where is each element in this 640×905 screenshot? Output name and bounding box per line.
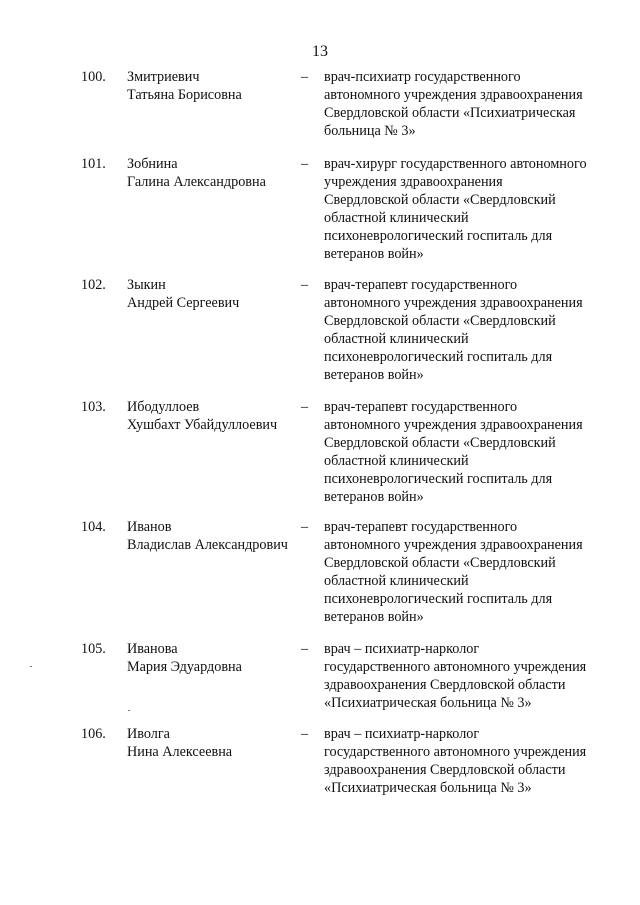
person-name-line: Татьяна Борисовна [127, 86, 242, 104]
position-description-line: областной клинический [324, 572, 583, 590]
entry-number: 100. [81, 68, 106, 86]
position-description-line: психоневрологический госпиталь для [324, 590, 583, 608]
position-description-line: «Психиатрическая больница № 3» [324, 779, 586, 797]
position-description-line: врач – психиатр-нарколог [324, 640, 586, 658]
entry-number: 102. [81, 276, 106, 294]
position-description-line: больница № 3» [324, 122, 583, 140]
position-description: врач-терапевт государственногоавтономног… [324, 398, 583, 506]
person-name: ИвановВладислав Александрович [127, 518, 288, 554]
position-description-line: Свердловской области «Свердловский [324, 312, 583, 330]
person-name: ИволгаНина Алексеевна [127, 725, 232, 761]
position-description-line: Свердловской области «Свердловский [324, 554, 583, 572]
position-description-line: врач-терапевт государственного [324, 518, 583, 536]
entry-number: 104. [81, 518, 106, 536]
position-description-line: врач – психиатр-нарколог [324, 725, 586, 743]
scan-speck [128, 710, 130, 711]
position-description-line: «Психиатрическая больница № 3» [324, 694, 586, 712]
position-description-line: Свердловской области «Психиатрическая [324, 104, 583, 122]
entry-number: 101. [81, 155, 106, 173]
position-description-line: учреждения здравоохранения [324, 173, 587, 191]
position-description-line: областной клинический [324, 209, 587, 227]
person-name-line: Змитриевич [127, 68, 242, 86]
separator-dash: – [301, 518, 308, 536]
person-name-line: Иванова [127, 640, 242, 658]
person-name: ЗмитриевичТатьяна Борисовна [127, 68, 242, 104]
person-name-line: Владислав Александрович [127, 536, 288, 554]
person-name: ЗыкинАндрей Сергеевич [127, 276, 239, 312]
position-description-line: психоневрологический госпиталь для [324, 227, 587, 245]
position-description-line: ветеранов войн» [324, 608, 583, 626]
position-description-line: врач-хирург государственного автономного [324, 155, 587, 173]
position-description-line: здравоохранения Свердловской области [324, 676, 586, 694]
position-description-line: ветеранов войн» [324, 245, 587, 263]
position-description-line: здравоохранения Свердловской области [324, 761, 586, 779]
position-description-line: врач-терапевт государственного [324, 276, 583, 294]
position-description-line: областной клинический [324, 452, 583, 470]
person-name-line: Андрей Сергеевич [127, 294, 239, 312]
person-name-line: Иванов [127, 518, 288, 536]
person-name: ЗобнинаГалина Александровна [127, 155, 266, 191]
page-number: 13 [0, 43, 640, 61]
entry-number: 103. [81, 398, 106, 416]
separator-dash: – [301, 725, 308, 743]
person-name-line: Хушбахт Убайдуллоевич [127, 416, 277, 434]
position-description-line: автономного учреждения здравоохранения [324, 86, 583, 104]
position-description: врач-хирург государственного автономного… [324, 155, 587, 263]
scan-speck [30, 666, 32, 667]
position-description-line: врач-терапевт государственного [324, 398, 583, 416]
position-description: врач-психиатр государственногоавтономног… [324, 68, 583, 140]
position-description: врач – психиатр-наркологгосударственного… [324, 725, 586, 797]
position-description: врач – психиатр-наркологгосударственного… [324, 640, 586, 712]
position-description-line: врач-психиатр государственного [324, 68, 583, 86]
entry-number: 106. [81, 725, 106, 743]
person-name-line: Ибодуллоев [127, 398, 277, 416]
position-description-line: психоневрологический госпиталь для [324, 348, 583, 366]
position-description: врач-терапевт государственногоавтономног… [324, 276, 583, 384]
separator-dash: – [301, 68, 308, 86]
person-name-line: Галина Александровна [127, 173, 266, 191]
person-name-line: Зобнина [127, 155, 266, 173]
position-description-line: автономного учреждения здравоохранения [324, 416, 583, 434]
position-description-line: ветеранов войн» [324, 488, 583, 506]
position-description-line: автономного учреждения здравоохранения [324, 536, 583, 554]
position-description-line: психоневрологический госпиталь для [324, 470, 583, 488]
person-name-line: Зыкин [127, 276, 239, 294]
position-description-line: Свердловской области «Свердловский [324, 434, 583, 452]
person-name-line: Иволга [127, 725, 232, 743]
separator-dash: – [301, 155, 308, 173]
position-description: врач-терапевт государственногоавтономног… [324, 518, 583, 626]
separator-dash: – [301, 640, 308, 658]
entry-number: 105. [81, 640, 106, 658]
position-description-line: государственного автономного учреждения [324, 658, 586, 676]
person-name: ИвановаМария Эдуардовна [127, 640, 242, 676]
person-name-line: Мария Эдуардовна [127, 658, 242, 676]
person-name-line: Нина Алексеевна [127, 743, 232, 761]
position-description-line: ветеранов войн» [324, 366, 583, 384]
position-description-line: автономного учреждения здравоохранения [324, 294, 583, 312]
position-description-line: Свердловской области «Свердловский [324, 191, 587, 209]
separator-dash: – [301, 276, 308, 294]
position-description-line: государственного автономного учреждения [324, 743, 586, 761]
person-name: ИбодуллоевХушбахт Убайдуллоевич [127, 398, 277, 434]
separator-dash: – [301, 398, 308, 416]
position-description-line: областной клинический [324, 330, 583, 348]
